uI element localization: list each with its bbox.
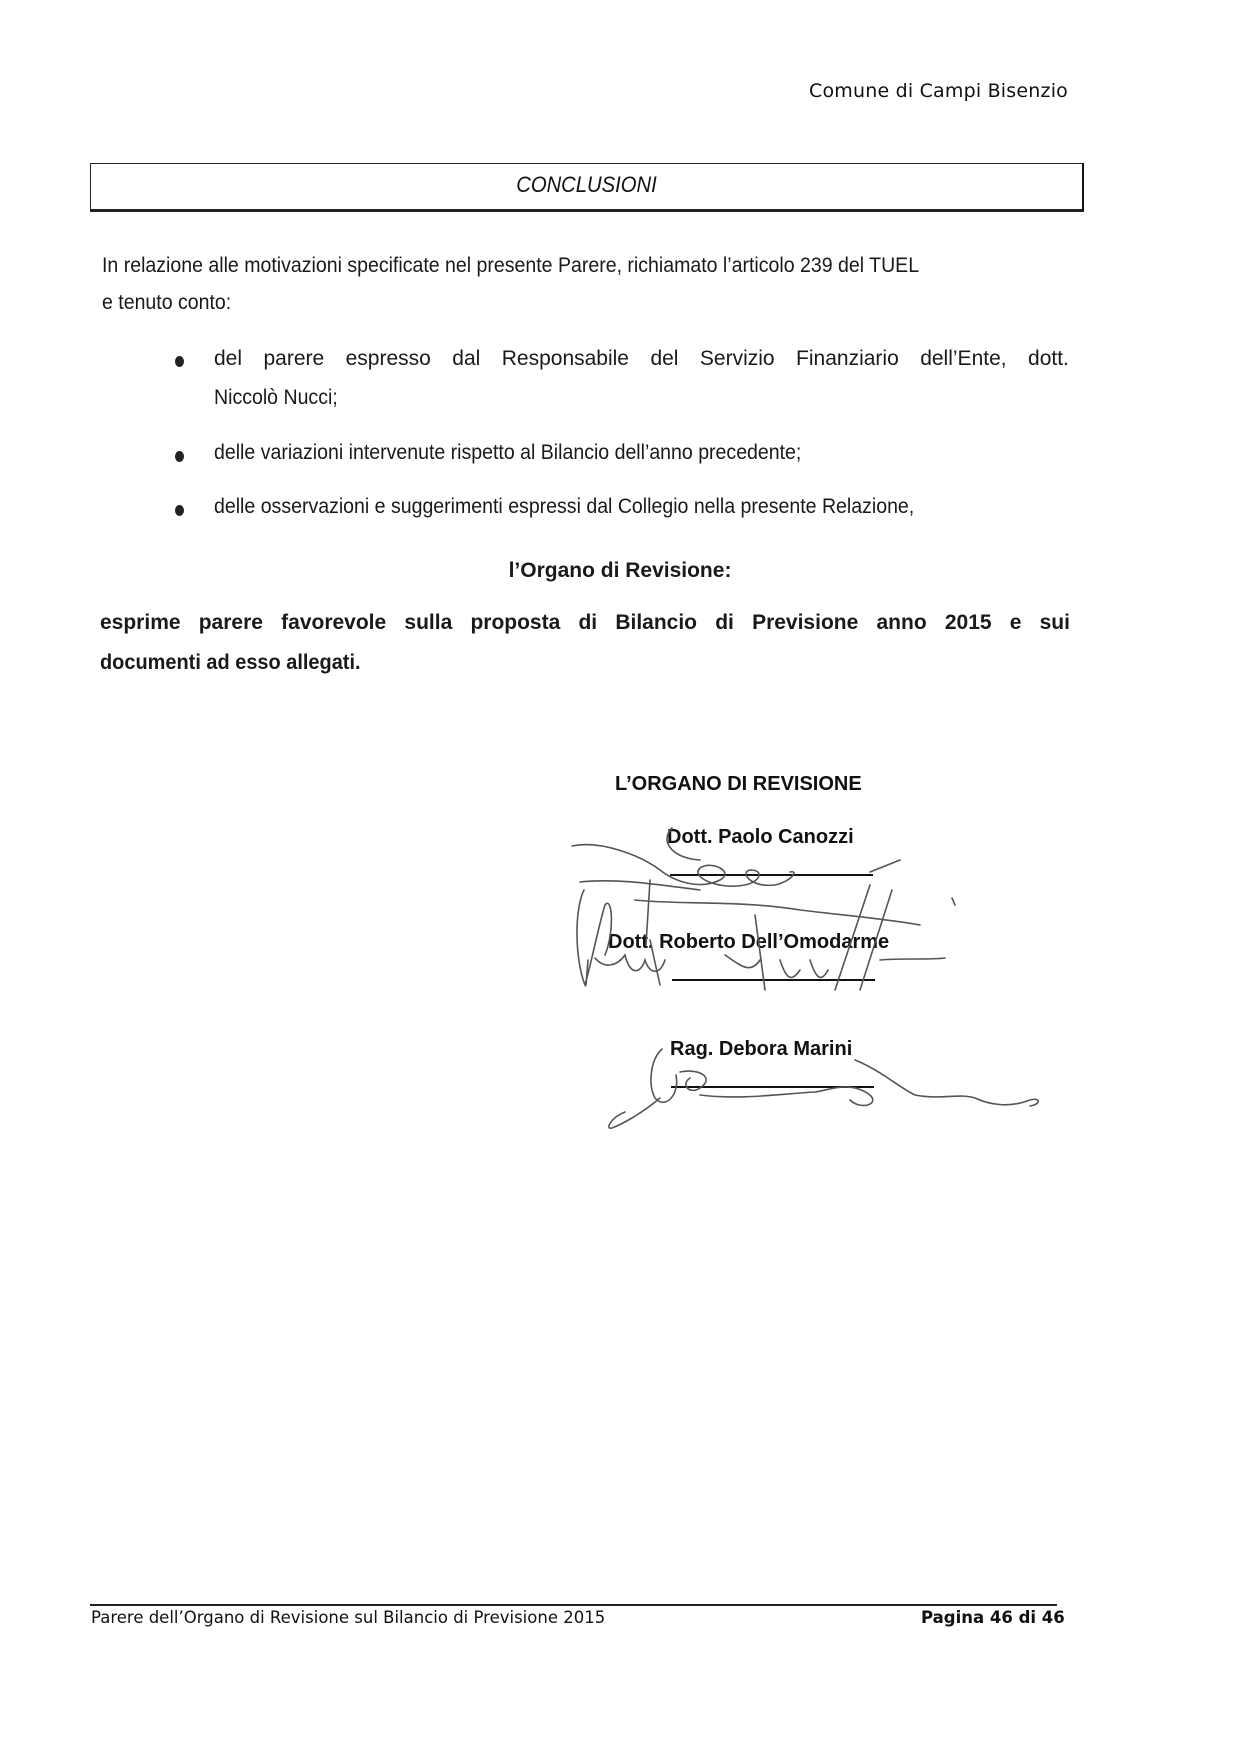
- conclusion-subject: l’Organo di Revisione:: [0, 559, 1240, 583]
- signature-heading: L’ORGANO DI REVISIONE: [615, 773, 862, 796]
- conclusion-opinion-line-2: documenti ad esso allegati.: [100, 651, 361, 675]
- section-title: CONCLUSIONI: [131, 172, 1043, 198]
- conclusion-opinion-line-1: esprime parere favorevole sulla proposta…: [100, 611, 1070, 635]
- bullet-icon: [175, 505, 184, 516]
- consideration-1-line-2: Niccolò Nucci;: [214, 386, 338, 410]
- footer-document-title: Parere dell’Organo di Revisione sul Bila…: [91, 1608, 605, 1627]
- signature-line-2: [672, 979, 875, 981]
- section-title-box: CONCLUSIONI: [90, 163, 1084, 212]
- consideration-3: delle osservazioni e suggerimenti espres…: [214, 495, 914, 519]
- consideration-2: delle variazioni intervenute rispetto al…: [214, 441, 801, 465]
- signature-line-1: [670, 874, 873, 876]
- footer-page-number: Pagina 46 di 46: [921, 1608, 1065, 1627]
- intro-line-2: e tenuto conto:: [102, 291, 231, 315]
- intro-line-1: In relazione alle motivazioni specificat…: [102, 254, 919, 278]
- bullet-icon: [175, 451, 184, 462]
- signatory-name-3: Rag. Debora Marini: [670, 1038, 852, 1061]
- signatory-name-2: Dott. Roberto Dell’Omodarme: [608, 931, 889, 954]
- bullet-icon: [175, 356, 184, 367]
- signature-line-3: [671, 1086, 874, 1088]
- header-organization: Comune di Campi Bisenzio: [809, 80, 1068, 102]
- footer-rule: [90, 1604, 1057, 1606]
- consideration-1-line-1: del parere espresso dal Responsabile del…: [214, 347, 1069, 371]
- signatory-name-1: Dott. Paolo Canozzi: [667, 826, 854, 849]
